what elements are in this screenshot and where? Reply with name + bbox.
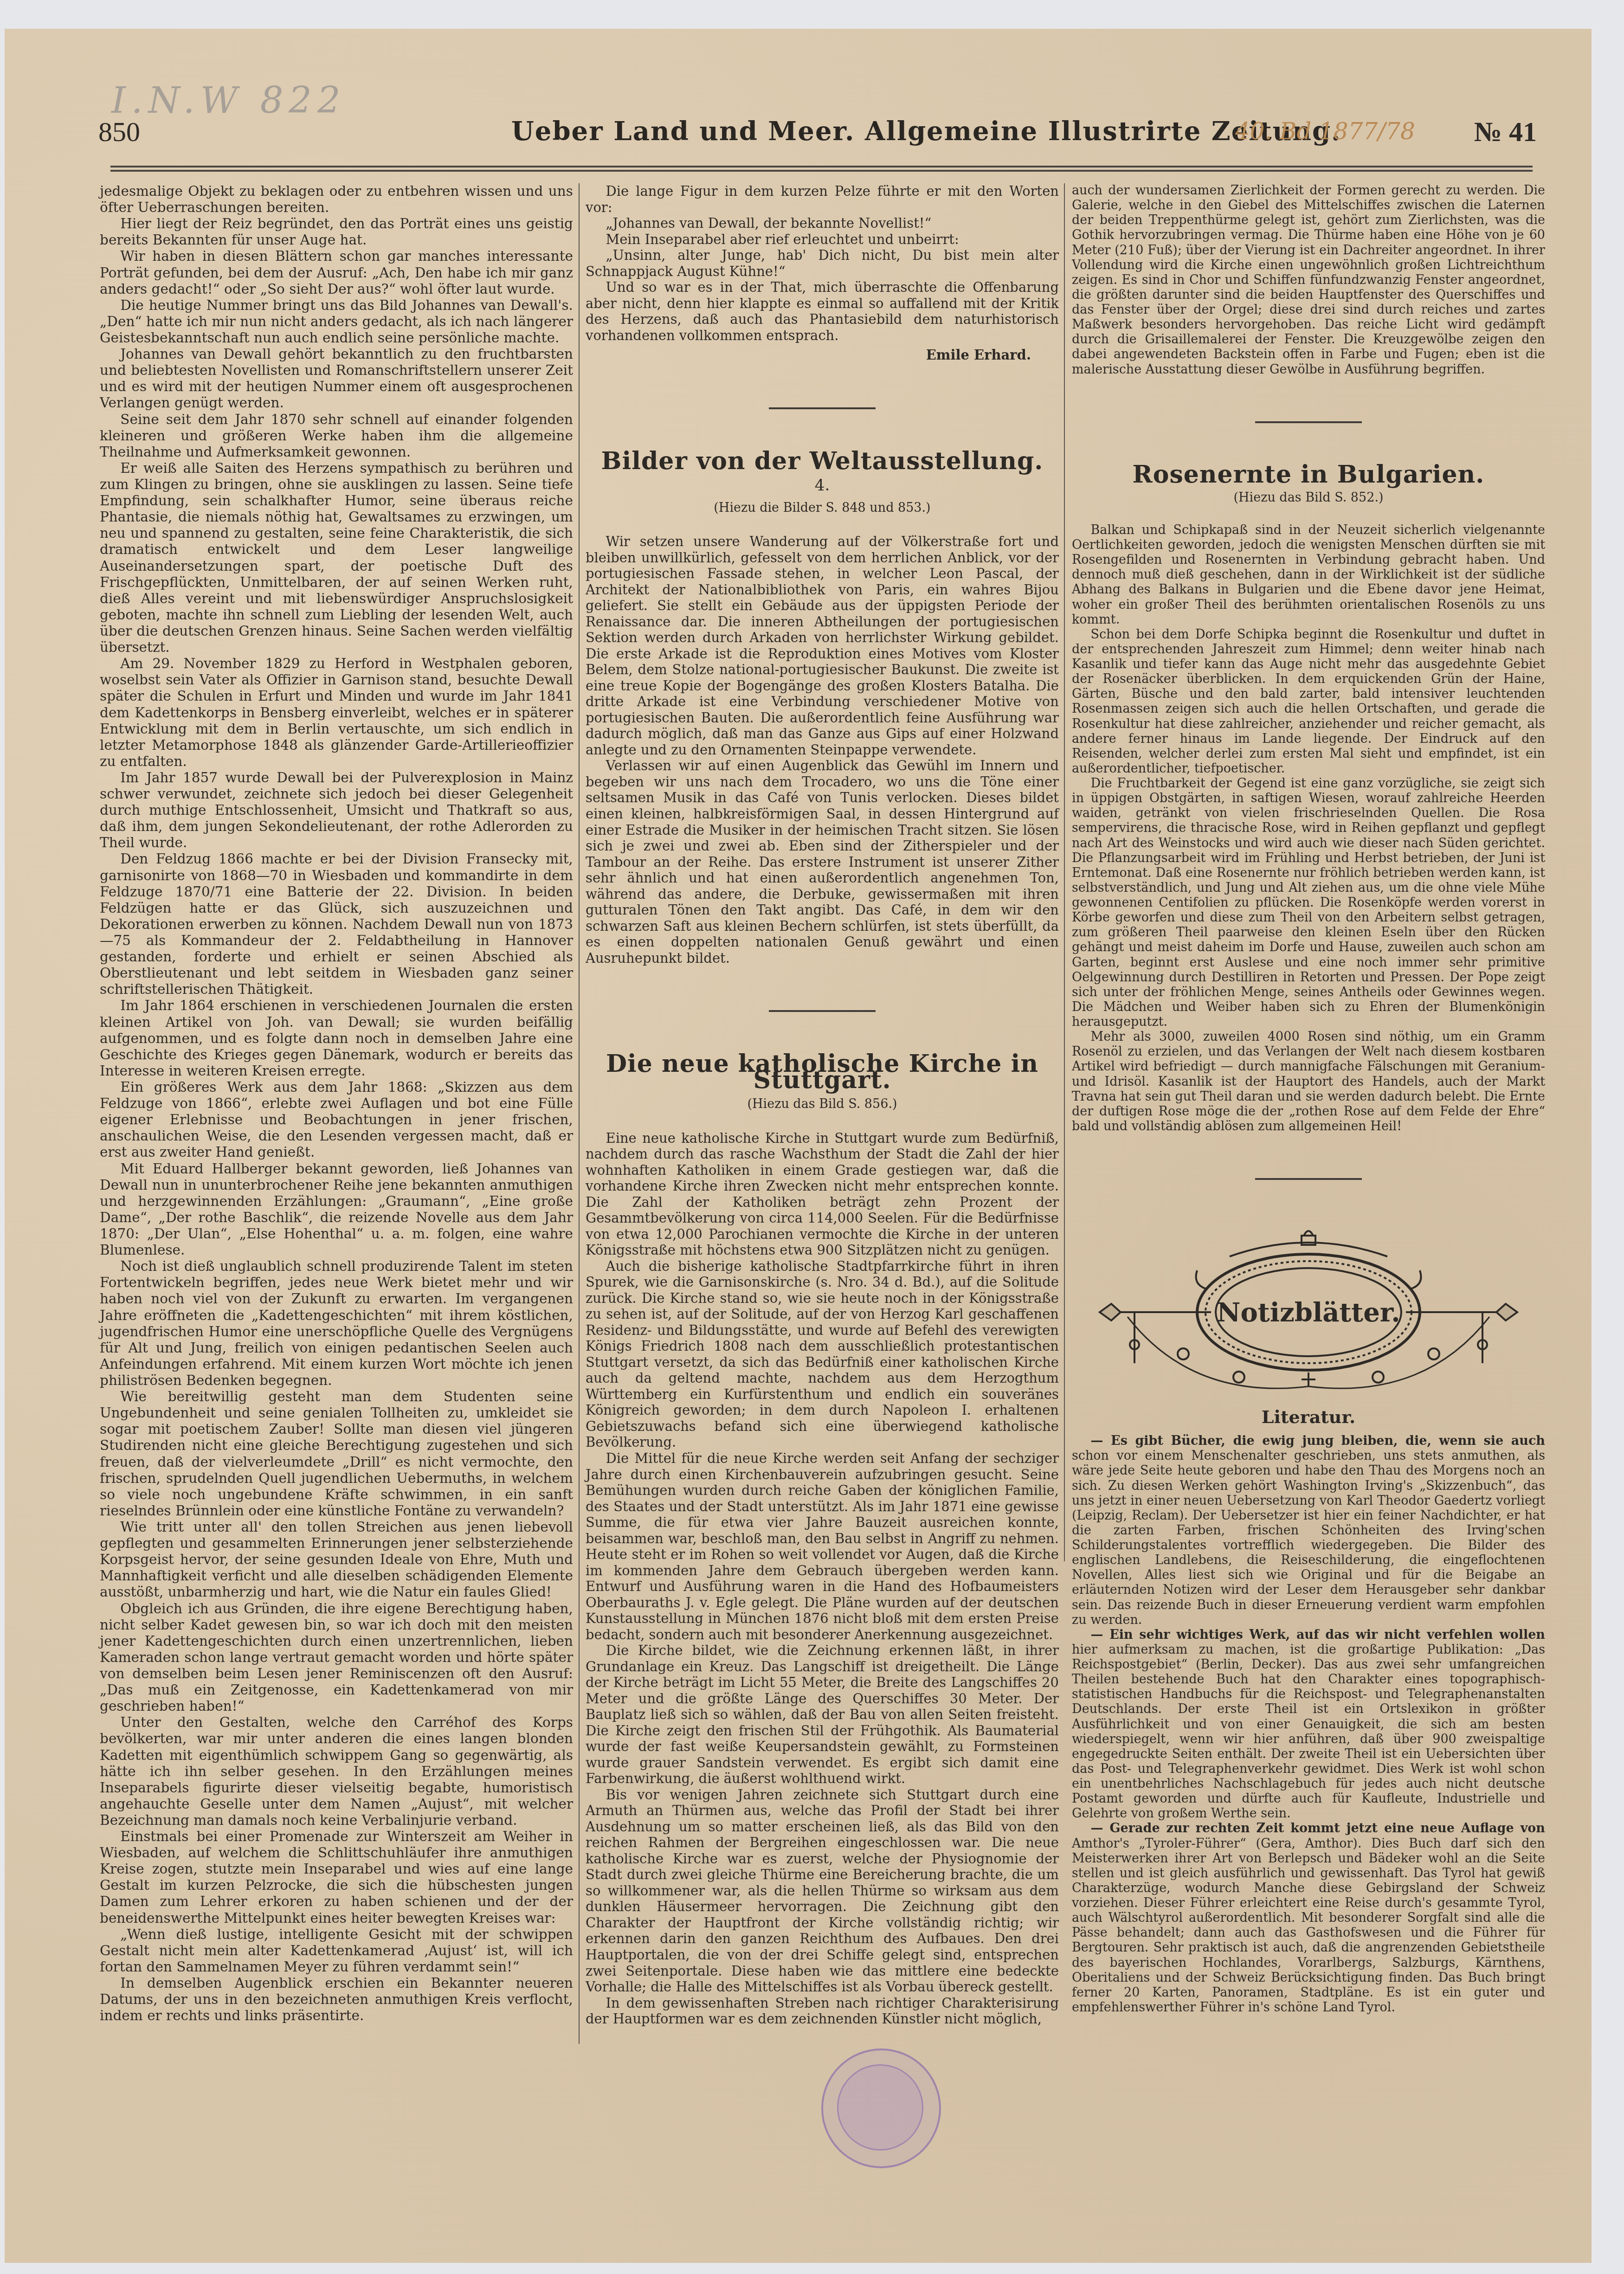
paragraph: Im Jahr 1864 erschienen in verschiedenen… <box>100 998 573 1079</box>
note-lead: — Ein sehr wichtiges Werk, auf das wir n… <box>1091 1628 1546 1642</box>
note-body: hier aufmerksam zu machen, ist die großa… <box>1072 1643 1545 1821</box>
section-separator <box>1255 421 1362 423</box>
paragraph: auch der wundersamen Zierlichkeit der Fo… <box>1072 183 1545 377</box>
literature-notes: — Es gibt Bücher, die ewig jung bleiben,… <box>1072 1434 1545 2015</box>
paragraph: Wie tritt unter all' den tollen Streiche… <box>100 1519 573 1601</box>
paragraph: Unter den Gestalten, welche den Carréhof… <box>100 1714 573 1829</box>
column-divider <box>1064 183 1065 1561</box>
notizblaetter-ornament-icon: Notizblätter. <box>1090 1224 1527 1391</box>
archive-pencil-mark: I.N.W 822 <box>111 80 346 122</box>
section-title-rosenernte: Rosenernte in Bulgarien. <box>1072 467 1545 482</box>
page-header: 850 Ueber Land und Meer. Allgemeine Illu… <box>98 116 1537 153</box>
literature-note: — Gerade zur rechten Zeit kommt jetzt ei… <box>1072 1821 1545 2015</box>
handwritten-volume-note: 40. Bd 1877/78 <box>1235 118 1415 145</box>
paragraph: Die Fruchtbarkeit der Gegend ist eine ga… <box>1072 776 1545 1030</box>
section-number: 4. <box>586 477 1059 494</box>
paragraph: Balkan und Schipkapaß sind in der Neuzei… <box>1072 523 1545 627</box>
literature-note: — Es gibt Bücher, die ewig jung bleiben,… <box>1072 1434 1545 1628</box>
paragraph: Hier liegt der Reiz begründet, den das P… <box>100 216 573 248</box>
stuttgart-church-body: Eine neue katholische Kirche in Stuttgar… <box>586 1130 1059 2027</box>
image-reference: (Hiezu die Bilder S. 848 und 853.) <box>586 500 1059 516</box>
section-title-weltausstellung: Bilder von der Weltausstellung. <box>586 453 1059 470</box>
paragraph: Einstmals bei einer Promenade zur Winter… <box>100 1829 573 1926</box>
paragraph: „Johannes van Dewall, der bekannte Novel… <box>586 215 1059 232</box>
paragraph: Er weiß alle Saiten des Herzens sympathi… <box>100 460 573 656</box>
paragraph: „Wenn dieß lustige, intelligente Gesicht… <box>100 1926 573 1975</box>
paragraph: In demselben Augenblick erschien ein Bek… <box>100 1975 573 2024</box>
paragraph: jedesmalige Objekt zu beklagen oder zu e… <box>100 183 573 216</box>
paragraph: Bis vor wenigen Jahren zeichnete sich St… <box>586 1787 1059 1995</box>
column-1: jedesmalige Objekt zu beklagen oder zu e… <box>100 183 573 2024</box>
church-article-continuation: auch der wundersamen Zierlichkeit der Fo… <box>1072 183 1545 377</box>
paragraph: Ein größeres Werk aus dem Jahr 1868: „Sk… <box>100 1079 573 1161</box>
paragraph: Mehr als 3000, zuweilen 4000 Rosen sind … <box>1072 1030 1545 1134</box>
header-double-rule <box>110 166 1533 172</box>
paragraph: In dem gewissenhaften Streben nach richt… <box>586 1995 1059 2027</box>
section-separator <box>769 1010 876 1012</box>
paragraph: Die heutige Nummer bringt uns das Bild J… <box>100 297 573 346</box>
library-stamp <box>821 2049 941 2168</box>
section-separator <box>1255 1178 1362 1180</box>
image-reference: (Hiezu das Bild S. 856.) <box>586 1096 1059 1113</box>
note-body: Amthor's „Tyroler-Führer“ (Gera, Amthor)… <box>1072 1836 1545 2015</box>
column-2: Die lange Figur in dem kurzen Pelze führ… <box>586 183 1059 2027</box>
paragraph: Schon bei dem Dorfe Schipka beginnt die … <box>1072 627 1545 776</box>
author-signature: Emile Erhard. <box>586 347 1031 363</box>
paragraph: Die lange Figur in dem kurzen Pelze führ… <box>586 183 1059 215</box>
dewall-article-ending: Die lange Figur in dem kurzen Pelze führ… <box>586 183 1059 343</box>
note-body: schon vor einem Menschenalter geschriebe… <box>1072 1449 1545 1627</box>
paragraph: Wir haben in diesen Blättern schon gar m… <box>100 248 573 297</box>
issue-number: № 41 <box>1474 116 1537 148</box>
page-number: 850 <box>98 116 140 148</box>
paragraph: Die Kirche bildet, wie die Zeichnung erk… <box>586 1643 1059 1787</box>
literature-note: — Ein sehr wichtiges Werk, auf das wir n… <box>1072 1628 1545 1822</box>
paragraph: Seine seit dem Jahr 1870 sehr schnell au… <box>100 412 573 460</box>
note-lead: — Gerade zur rechten Zeit kommt jetzt ei… <box>1091 1821 1546 1836</box>
paragraph: „Unsinn, alter Junge, hab' Dich nicht, D… <box>586 247 1059 279</box>
paragraph: Auch die bisherige katholische Stadtpfar… <box>586 1258 1059 1450</box>
paragraph: Den Feldzug 1866 machte er bei der Divis… <box>100 851 573 998</box>
paragraph: Eine neue katholische Kirche in Stuttgar… <box>586 1130 1059 1258</box>
weltausstellung-body: Wir setzen unsere Wanderung auf der Völk… <box>586 534 1059 966</box>
paragraph: Mein Inseparabel aber rief erleuchtet un… <box>586 232 1059 248</box>
section-separator <box>769 407 876 409</box>
paragraph: Wie bereitwillig gesteht man dem Student… <box>100 1389 573 1519</box>
paragraph: Johannes van Dewall gehört bekanntlich z… <box>100 346 573 411</box>
paragraph: Mit Eduard Hallberger bekannt geworden, … <box>100 1161 573 1259</box>
svg-text:Notizblätter.: Notizblätter. <box>1217 1297 1400 1328</box>
note-lead: — Es gibt Bücher, die ewig jung bleiben,… <box>1091 1434 1546 1448</box>
paragraph: Und so war es in der That, mich überrasc… <box>586 279 1059 343</box>
paragraph: Am 29. November 1829 zu Herford in Westp… <box>100 656 573 770</box>
paragraph: Obgleich ich aus Gründen, die ihre eigen… <box>100 1601 573 1715</box>
section-title-stuttgart-church: Die neue katholische Kirche in Stuttgart… <box>586 1056 1059 1088</box>
paragraph: Noch ist dieß unglaublich schnell produz… <box>100 1258 573 1389</box>
paragraph: Die Mittel für die neue Kirche werden se… <box>586 1450 1059 1643</box>
literature-subheading: Literatur. <box>1072 1410 1545 1424</box>
image-reference: (Hiezu das Bild S. 852.) <box>1072 490 1545 505</box>
paragraph: Im Jahr 1857 wurde Dewall bei der Pulver… <box>100 770 573 851</box>
masthead-title: Ueber Land und Meer. Allgemeine Illustri… <box>511 116 1341 147</box>
rosenernte-body: Balkan und Schipkapaß sind in der Neuzei… <box>1072 523 1545 1134</box>
paragraph: Wir setzen unsere Wanderung auf der Völk… <box>586 534 1059 758</box>
paragraph: Verlassen wir auf einen Augenblick das G… <box>586 758 1059 966</box>
column-3: auch der wundersamen Zierlichkeit der Fo… <box>1072 183 1545 2015</box>
column-divider <box>579 183 580 2044</box>
